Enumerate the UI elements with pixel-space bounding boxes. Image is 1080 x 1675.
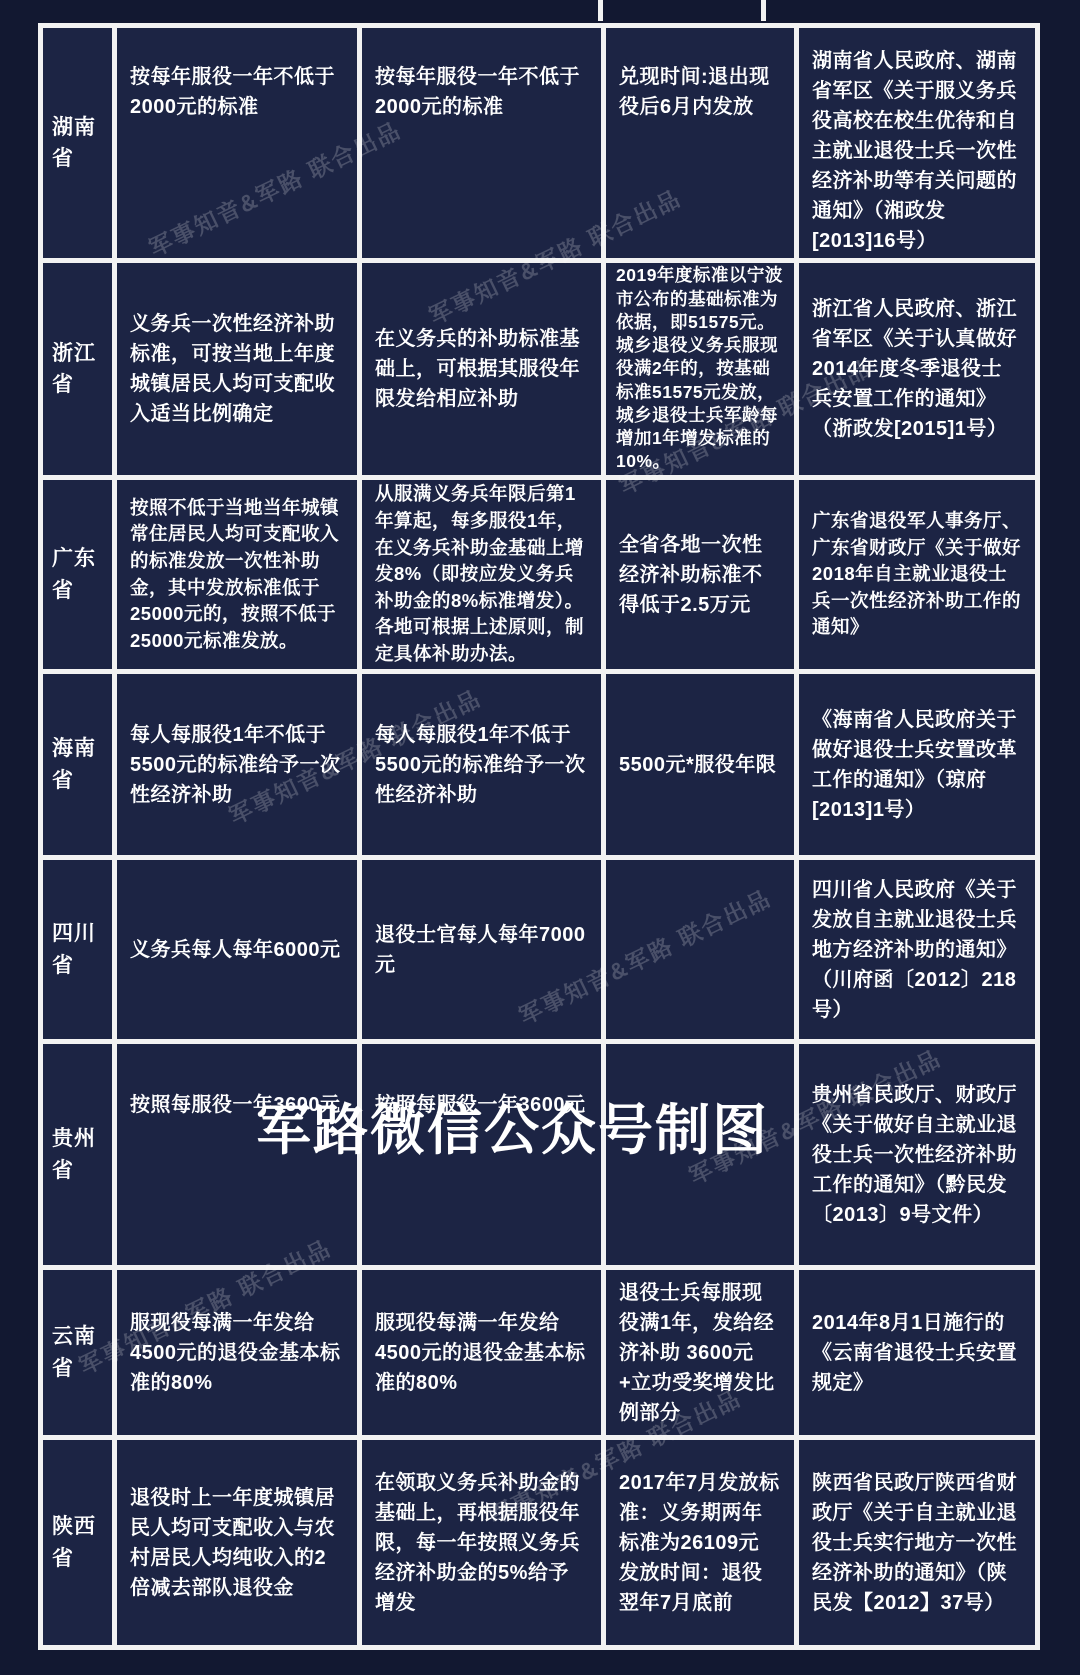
hainan-standard-cell-2: 每人每服役1年不低于5500元的标准给予一次性经济补助: [362, 674, 601, 855]
infographic-table-page: 湖南省 按每年服役一年不低于2000元的标准 按每年服役一年不低于2000元的标…: [0, 0, 1080, 1675]
hunan-payment-time-cell: 兑现时间:退出现役后6月内发放: [606, 28, 794, 258]
yunnan-policy-doc-cell: 2014年8月1日施行的《云南省退役士兵安置规定》: [799, 1270, 1035, 1435]
sichuan-policy-doc-cell: 四川省人民政府《关于发放自主就业退役士兵地方经济补助的通知》（川府函〔2012〕…: [799, 860, 1035, 1039]
hunan-policy-doc-cell: 湖南省人民政府、湖南省军区《关于服义务兵役高校在校生优待和自主就业退役士兵一次性…: [799, 28, 1035, 258]
guizhou-province-label: 贵州省: [43, 1044, 112, 1265]
hainan-policy-doc-cell: 《海南省人民政府关于做好退役士兵安置改革工作的通知》（琼府[2013]1号）: [799, 674, 1035, 855]
hunan-standard-cell-1: 按每年服役一年不低于2000元的标准: [117, 28, 357, 258]
shaanxi-standard-cell-2: 在领取义务兵补助金的基础上，再根据服役年限，每一年按照义务兵经济补助金的5%给予…: [362, 1440, 601, 1645]
sichuan-empty-cell: [606, 860, 794, 1039]
sichuan-standard-cell-2: 退役士官每人每年7000元: [362, 860, 601, 1039]
sichuan-province-label: 四川省: [43, 860, 112, 1039]
guangdong-province-label: 广东省: [43, 480, 112, 669]
yunnan-subsidy-cell: 退役士兵每服现役满1年，发给经济补助 3600元+立功受奖增发比例部分: [606, 1270, 794, 1435]
shaanxi-standard-cell-1: 退役时上一年度城镇居民人均可支配收入与农村居民人均纯收入的2倍减去部队退役金: [117, 1440, 357, 1645]
hainan-formula-cell: 5500元*服役年限: [606, 674, 794, 855]
hunan-standard-cell-2: 按每年服役一年不低于2000元的标准: [362, 28, 601, 258]
cropped-row-border-stub: [761, 0, 766, 21]
zhejiang-standard-cell-1: 义务兵一次性经济补助标准，可按当地上年度城镇居民人均可支配收入适当比例确定: [117, 263, 357, 475]
shaanxi-2017-standard-cell: 2017年7月发放标准：义务期两年标准为26109元 发放时间：退役翌年7月底前: [606, 1440, 794, 1645]
zhejiang-2019-standard-cell: 2019年度标准以宁波市公布的基础标准为依据，即51575元。城乡退役义务兵服现…: [606, 263, 794, 475]
yunnan-standard-cell-1: 服现役每满一年发给4500元的退役金基本标准的80%: [117, 1270, 357, 1435]
shaanxi-policy-doc-cell: 陕西省民政厅陕西省财政厅《关于自主就业退役士兵实行地方一次性经济补助的通知》（陕…: [799, 1440, 1035, 1645]
hainan-province-label: 海南省: [43, 674, 112, 855]
guangdong-minimum-cell: 全省各地一次性经济补助标准不得低于2.5万元: [606, 480, 794, 669]
zhejiang-standard-cell-2: 在义务兵的补助标准基础上，可根据其服役年限发给相应补助: [362, 263, 601, 475]
zhejiang-policy-doc-cell: 浙江省人民政府、浙江省军区《关于认真做好2014年度冬季退役士兵安置工作的通知》…: [799, 263, 1035, 475]
yunnan-standard-cell-2: 服现役每满一年发给4500元的退役金基本标准的80%: [362, 1270, 601, 1435]
shaanxi-province-label: 陕西省: [43, 1440, 112, 1645]
hunan-province-label: 湖南省: [43, 28, 112, 258]
zhejiang-province-label: 浙江省: [43, 263, 112, 475]
center-watermark: 军路微信公众号制图: [256, 1086, 769, 1165]
guangdong-standard-cell-1: 按照不低于当地当年城镇常住居民人均可支配收入的标准发放一次性补助金，其中发放标准…: [117, 480, 357, 669]
guizhou-policy-doc-cell: 贵州省民政厅、财政厅《关于做好自主就业退役士兵一次性经济补助工作的通知》（黔民发…: [799, 1044, 1035, 1265]
cropped-row-border-stub: [598, 0, 603, 21]
guangdong-policy-doc-cell: 广东省退役军人事务厅、广东省财政厅《关于做好2018年自主就业退役士兵一次性经济…: [799, 480, 1035, 669]
yunnan-province-label: 云南省: [43, 1270, 112, 1435]
subsidy-standards-table: 湖南省 按每年服役一年不低于2000元的标准 按每年服役一年不低于2000元的标…: [38, 23, 1040, 1650]
sichuan-standard-cell-1: 义务兵每人每年6000元: [117, 860, 357, 1039]
guangdong-standard-cell-2: 从服满义务兵年限后第1年算起，每多服役1年，在义务兵补助金基础上增发8%（即按应…: [362, 480, 601, 669]
hainan-standard-cell-1: 每人每服役1年不低于5500元的标准给予一次性经济补助: [117, 674, 357, 855]
